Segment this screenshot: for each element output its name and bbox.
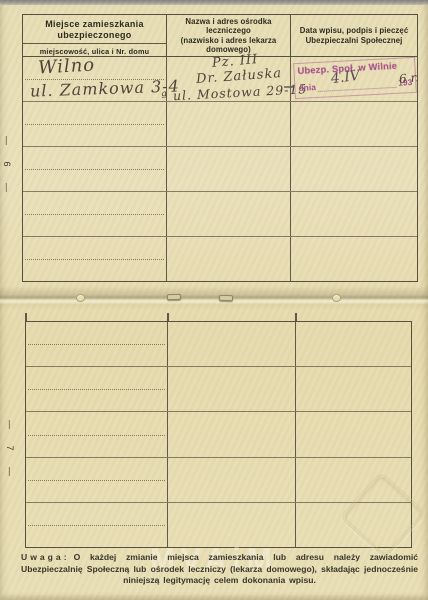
header-residence-cell: Miejsce zamieszkania ubezpieczonego miej… — [23, 15, 167, 56]
header-clinic-line1: Nazwa i adres ośrodka leczniczego — [167, 17, 290, 36]
dotted-write-line — [25, 169, 164, 170]
table-row — [26, 322, 411, 367]
footer-notice: Uwaga:O każdej zmianie miejsca zamieszka… — [21, 552, 418, 587]
clinic-cell — [168, 367, 296, 411]
stamp-cell — [291, 147, 417, 191]
stamp-cell — [296, 367, 411, 411]
clinic-cell — [168, 503, 296, 547]
handwritten-residence-city: Wilno — [37, 55, 95, 79]
staple-icon — [167, 294, 181, 300]
dotted-write-line — [28, 480, 165, 481]
residence-cell — [23, 102, 167, 146]
handwritten-stamp-year: 6 r. — [399, 70, 420, 86]
rivet-icon — [332, 294, 341, 302]
fold-tick — [295, 313, 297, 321]
fold-tick — [167, 313, 169, 321]
scanned-insurance-document-page: — 6 — — 7 — Miejsce zamieszkania ubezpie… — [0, 0, 428, 600]
dotted-write-line — [28, 344, 165, 345]
residence-cell — [26, 322, 168, 366]
insurance-office-stamp: Ubezp. Społ. w Wilnie dnia 193 4.IV 6 r. — [293, 57, 417, 99]
table-row — [26, 367, 411, 412]
staple-icon — [219, 295, 233, 301]
dotted-write-line — [25, 259, 164, 260]
table-row — [26, 412, 411, 457]
stamp-cell — [291, 192, 417, 236]
residence-cell — [23, 192, 167, 236]
residence-cell — [23, 147, 167, 191]
clinic-cell — [167, 102, 291, 146]
page-fold-crease — [0, 286, 428, 310]
residence-cell — [26, 458, 168, 502]
stamp-cell — [291, 237, 417, 281]
stamp-left-dash — [284, 86, 294, 88]
stamp-cell — [296, 322, 411, 366]
table-row — [23, 147, 417, 192]
dotted-write-line — [25, 124, 164, 125]
table-row — [23, 237, 417, 281]
header-residence-title: Miejsce zamieszkania ubezpieczonego — [23, 15, 166, 40]
clinic-cell — [168, 412, 296, 456]
clinic-cell — [167, 237, 291, 281]
header-stamp-line1: Data wpisu, podpis i pieczęć — [291, 26, 417, 36]
header-clinic-line2: (nazwisko i adres lekarza domowego) — [167, 36, 290, 55]
stamp-date-label: dnia — [298, 82, 316, 93]
table-row — [23, 192, 417, 237]
header-stamp-line2: Ubezpieczalni Społecznej — [291, 36, 417, 46]
scan-top-edge — [0, 0, 428, 5]
dotted-write-line — [28, 389, 165, 390]
table-row — [26, 458, 411, 503]
residence-cell — [26, 412, 168, 456]
dotted-write-line — [28, 525, 165, 526]
residence-cell — [26, 367, 168, 411]
header-clinic-cell: Nazwa i adres ośrodka leczniczego (nazwi… — [167, 15, 291, 56]
footer-notice-text: O każdej zmianie miejsca zamieszkania lu… — [21, 552, 418, 585]
page-number-bottom: — 7 — — [5, 420, 15, 483]
page-number-top: — 6 — — [2, 136, 12, 199]
dotted-write-line — [25, 214, 164, 215]
clinic-cell — [168, 458, 296, 502]
rivet-icon — [76, 294, 85, 302]
dotted-write-line — [28, 435, 165, 436]
table-header-row: Miejsce zamieszkania ubezpieczonego miej… — [23, 15, 417, 57]
clinic-cell — [168, 322, 296, 366]
residence-cell — [23, 237, 167, 281]
stamp-cell — [296, 412, 411, 456]
residence-cell — [26, 503, 168, 547]
stamp-cell — [291, 102, 417, 146]
table-row — [23, 102, 417, 147]
header-stamp-cell: Data wpisu, podpis i pieczęć Ubezpieczal… — [291, 15, 417, 56]
header-residence-line1: Miejsce zamieszkania — [45, 19, 144, 29]
header-residence-line2: ubezpieczonego — [57, 30, 131, 40]
footer-notice-label: Uwaga: — [21, 552, 70, 562]
clinic-cell — [167, 147, 291, 191]
fold-tick — [25, 313, 27, 321]
clinic-cell — [167, 192, 291, 236]
